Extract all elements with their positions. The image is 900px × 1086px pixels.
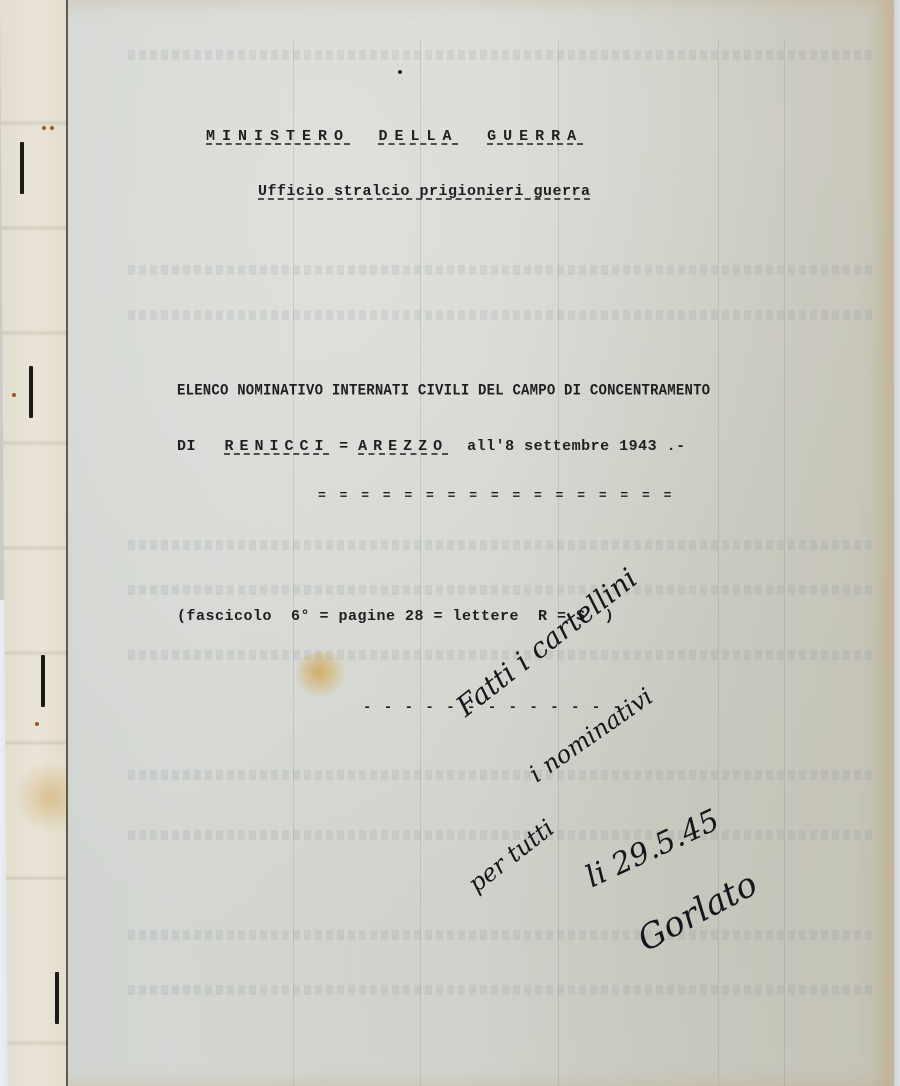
show-through-text <box>128 265 874 275</box>
ministry-word: MINISTERO <box>206 128 350 145</box>
list-title-line1: ELENCO NOMINATIVO INTERNATI CIVILI DEL C… <box>177 382 710 400</box>
ministry-heading: MINISTERO DELLA GUERRA <box>206 128 583 145</box>
document-page: MINISTERO DELLA GUERRA Ufficio stralcio … <box>66 0 894 1086</box>
show-through-text <box>128 830 874 840</box>
show-through-text <box>128 930 874 940</box>
show-through-text <box>128 50 874 60</box>
staple <box>41 655 45 707</box>
show-through-text <box>128 540 874 550</box>
ministry-word: GUERRA <box>487 128 583 145</box>
staple <box>55 972 59 1024</box>
rust-spot <box>50 126 54 130</box>
show-through-text <box>128 985 874 995</box>
office-subtitle: Ufficio stralcio prigionieri guerra <box>258 183 591 200</box>
separator-line: = = = = = = = = = = = = = = = = = <box>318 488 674 503</box>
list-title-prefix: DI <box>177 438 196 455</box>
city-name: AREZZO <box>358 438 448 455</box>
rust-spot <box>35 722 39 726</box>
ministry-word: DELLA <box>379 128 459 145</box>
rust-spot <box>12 393 16 397</box>
show-through-text <box>128 770 874 780</box>
camp-name: RENICCI <box>225 438 330 455</box>
date-text: all'8 settembre 1943 .- <box>467 438 686 455</box>
rust-spot <box>42 126 46 130</box>
show-through-text <box>128 585 874 595</box>
staple <box>20 142 24 194</box>
staple <box>29 366 33 418</box>
equals-separator: = <box>339 438 349 455</box>
stain <box>296 652 348 696</box>
ink-dot <box>398 70 402 74</box>
show-through-text <box>128 310 874 320</box>
list-title-line2: DI RENICCI = AREZZO all'8 settembre 1943… <box>177 438 686 455</box>
